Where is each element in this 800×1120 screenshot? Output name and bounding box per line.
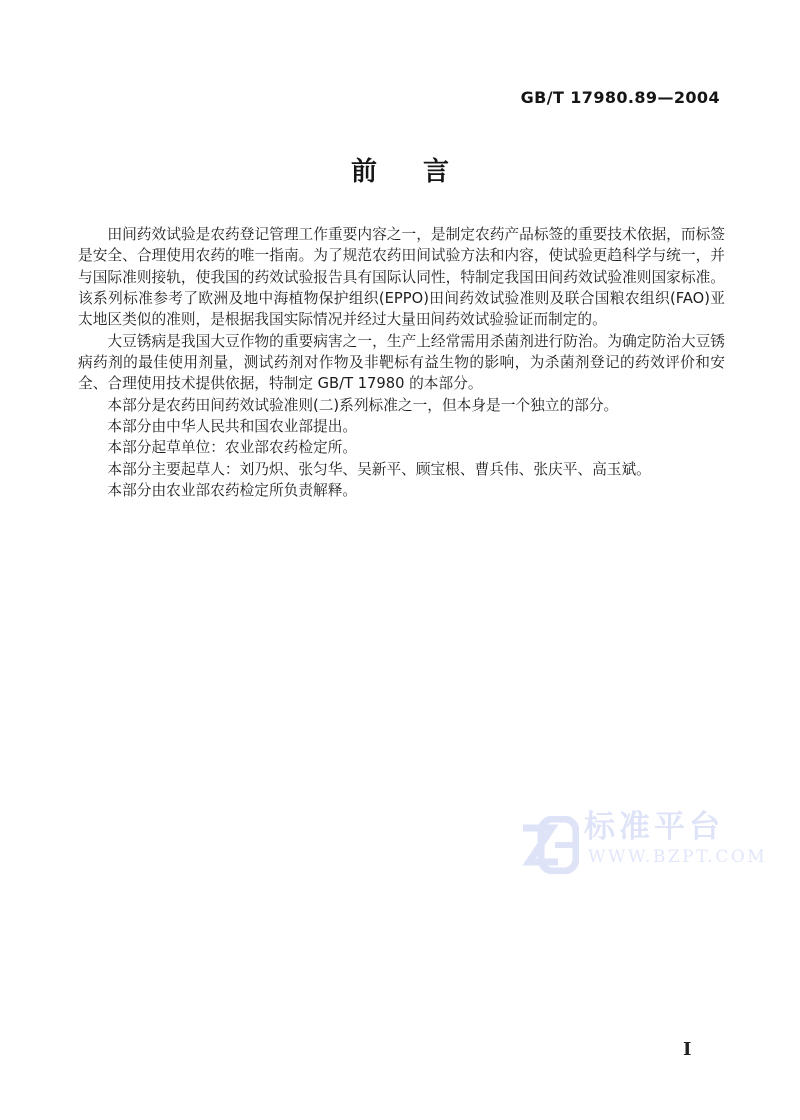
paragraph-drafters: 本部分主要起草人：刘乃炽、张匀华、吴新平、顾宝根、曹兵伟、张庆平、高玉斌。	[78, 459, 725, 480]
standard-number: GB/T 17980.89—2004	[521, 88, 720, 107]
paragraph-interpretation: 本部分由农业部农药检定所负责解释。	[78, 480, 725, 501]
paragraph-intro: 田间药效试验是农药登记管理工作重要内容之一，是制定农药产品标签的重要技术依据，而…	[78, 224, 725, 331]
bzpt-logo-icon	[519, 816, 579, 874]
page-title: 前言	[0, 151, 800, 188]
paragraph-drafting-unit: 本部分起草单位：农业部农药检定所。	[78, 437, 725, 458]
watermark-text: 标准平台 WWW.BZPT.COM	[584, 810, 767, 867]
paragraph-series-note: 本部分是农药田间药效试验准则(二)系列标准之一，但本身是一个独立的部分。	[78, 395, 725, 416]
paragraph-proposed-by: 本部分由中华人民共和国农业部提出。	[78, 416, 725, 437]
foreword-body: 田间药效试验是农药登记管理工作重要内容之一，是制定农药产品标签的重要技术依据，而…	[78, 224, 725, 501]
watermark-brand: 标准平台	[584, 810, 724, 844]
page-number: I	[683, 1039, 691, 1060]
document-page: GB/T 17980.89—2004 前言 田间药效试验是农药登记管理工作重要内…	[0, 0, 800, 1120]
watermark: 标准平台 WWW.BZPT.COM	[519, 810, 767, 874]
paragraph-soybean-rust: 大豆锈病是我国大豆作物的重要病害之一，生产上经常需用杀菌剂进行防治。为确定防治大…	[78, 331, 725, 395]
watermark-url: WWW.BZPT.COM	[588, 847, 767, 867]
